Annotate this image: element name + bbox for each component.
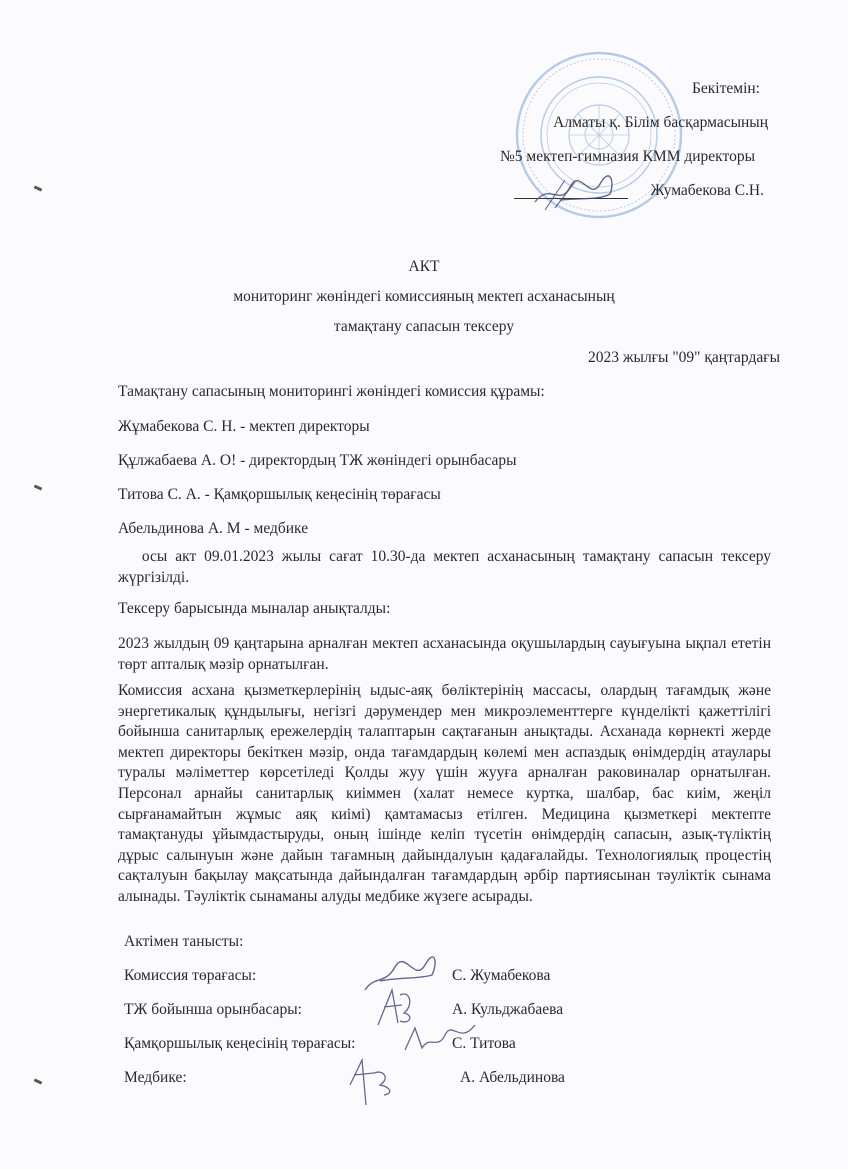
finding-paragraph-2: Комиссия асхана қызметкерлерінің ыдыс-ая… bbox=[118, 681, 771, 908]
commission-member: Титова С. А. - Қамқоршылық кеңесінің төр… bbox=[118, 486, 441, 504]
director-signature-icon bbox=[530, 172, 620, 212]
scan-mark bbox=[34, 185, 43, 191]
finding-paragraph-1: 2023 жылдың 09 қаңтарына арналған мектеп… bbox=[118, 634, 771, 675]
signatory-role: Комиссия төрағасы: bbox=[124, 967, 256, 985]
commission-member: Құлжабаева А. О! - директордың ТЖ жөнінд… bbox=[118, 452, 517, 470]
commission-heading: Тамақтану сапасының мониторингі жөніндег… bbox=[118, 383, 545, 401]
document-title: АКТ bbox=[0, 258, 848, 276]
signatory-name: А. Кульджабаева bbox=[452, 1001, 563, 1019]
signatory-role: ТЖ бойынша орынбасары: bbox=[124, 1001, 302, 1019]
commission-member: Абельдинова А. М - медбике bbox=[118, 520, 308, 538]
scan-mark bbox=[34, 1078, 43, 1084]
intro-paragraph: осы акт 09.01.2023 жылы сағат 10.30-да м… bbox=[118, 547, 771, 588]
acknowledgement-heading: Актімен танысты: bbox=[124, 933, 243, 951]
signatory-name: С. Жумабекова bbox=[452, 967, 550, 985]
document-subtitle-1: мониторинг жөніндегі комиссияның мектеп … bbox=[0, 288, 848, 306]
nurse-signature-icon bbox=[340, 1055, 400, 1115]
document-date: 2023 жылғы "09" қаңтардағы bbox=[588, 349, 780, 367]
commission-member: Жұмабекова С. Н. - мектеп директоры bbox=[118, 418, 370, 436]
approval-org-line1: Алматы қ. Білім басқармасының bbox=[553, 114, 768, 132]
approval-label: Бекітемін: bbox=[692, 80, 760, 98]
approval-signatory: Жумабекова С.Н. bbox=[651, 182, 764, 200]
approval-org-line2: №5 мектеп-гимназия КММ директоры bbox=[500, 148, 755, 166]
signatory-role: Қамқоршылық кеңесінің төрағасы: bbox=[124, 1035, 356, 1053]
signatory-name: А. Абельдинова bbox=[460, 1069, 565, 1087]
findings-heading: Тексеру барысында мыналар анықталды: bbox=[118, 600, 390, 618]
scan-mark bbox=[34, 484, 43, 490]
council-chair-signature-icon bbox=[400, 1020, 480, 1060]
document-subtitle-2: тамақтану сапасын тексеру bbox=[0, 318, 848, 336]
signatory-role: Медбике: bbox=[124, 1069, 187, 1087]
